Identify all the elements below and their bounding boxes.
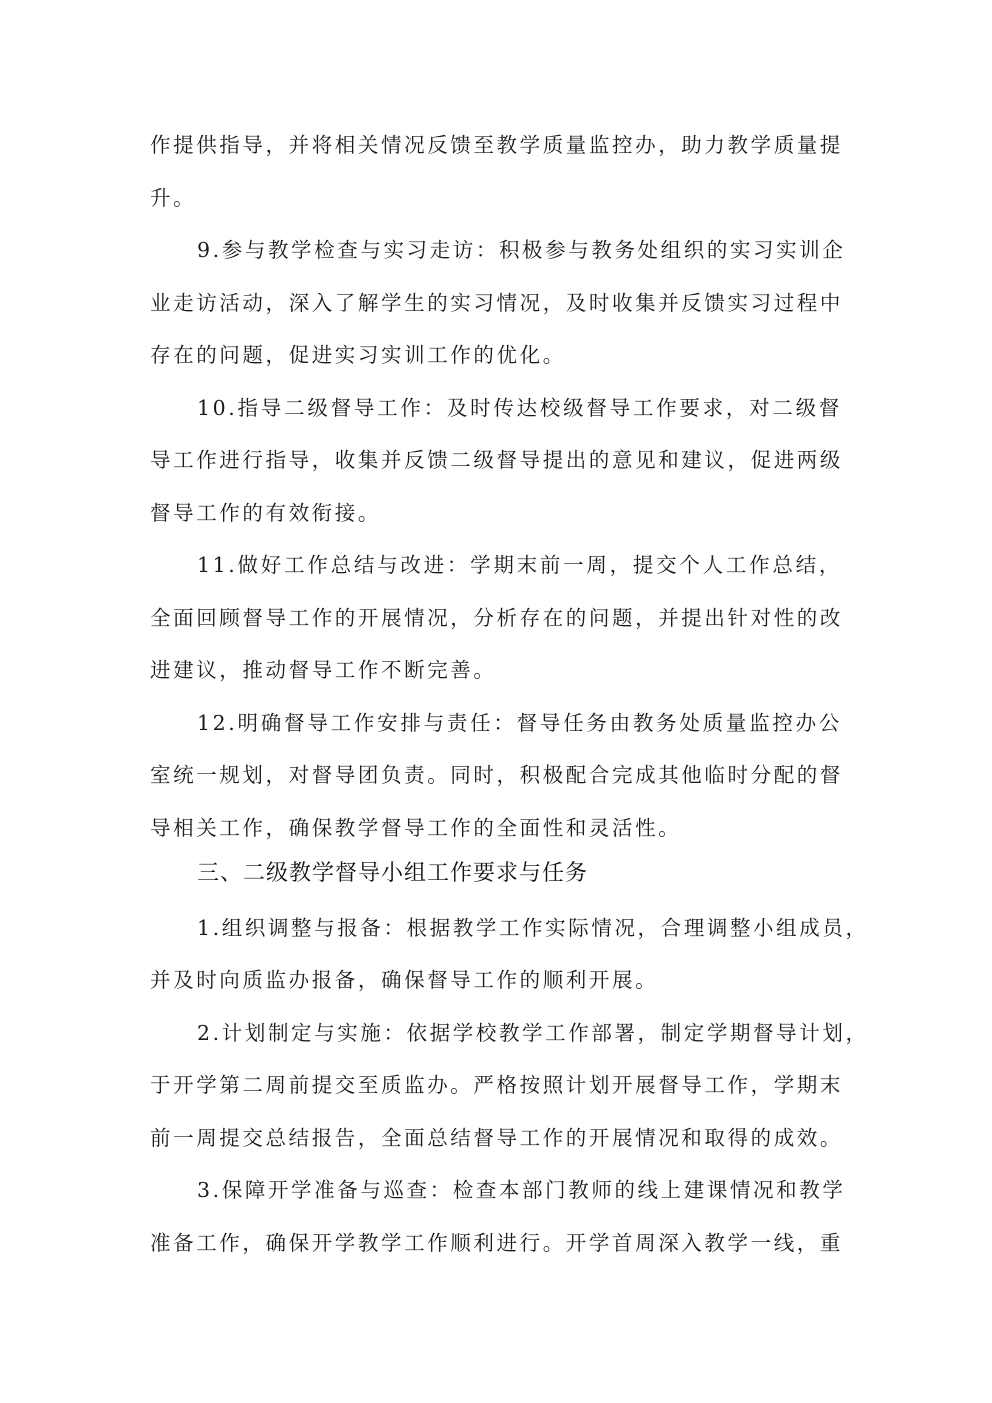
paragraph-line: 于开学第二周前提交至质监办。严格按照计划开展督导工作，学期末: [150, 1070, 842, 1100]
paragraph-line: 全面回顾督导工作的开展情况，分析存在的问题，并提出针对性的改: [150, 603, 842, 633]
section-heading: 三、二级教学督导小组工作要求与任务: [197, 858, 588, 890]
paragraph-line: 导相关工作，确保教学督导工作的全面性和灵活性。: [150, 813, 842, 843]
paragraph-line: 准备工作，确保开学教学工作顺利进行。开学首周深入教学一线，重: [150, 1228, 842, 1258]
paragraph-line: 导工作进行指导，收集并反馈二级督导提出的意见和建议，促进两级: [150, 445, 842, 475]
paragraph-line: 1.组织调整与报备：根据教学工作实际情况，合理调整小组成员，: [197, 913, 842, 943]
paragraph-line: 10.指导二级督导工作：及时传达校级督导工作要求，对二级督: [197, 393, 842, 423]
paragraph-line: 12.明确督导工作安排与责任：督导任务由教务处质量监控办公: [197, 708, 842, 738]
paragraph-line: 2.计划制定与实施：依据学校教学工作部署，制定学期督导计划，: [197, 1018, 842, 1048]
paragraph-line: 存在的问题，促进实习实训工作的优化。: [150, 340, 842, 370]
paragraph-line: 进建议，推动督导工作不断完善。: [150, 655, 842, 685]
paragraph-line: 11.做好工作总结与改进：学期末前一周，提交个人工作总结，: [197, 550, 842, 580]
paragraph-line: 9.参与教学检查与实习走访：积极参与教务处组织的实习实训企: [197, 235, 842, 265]
paragraph-line: 督导工作的有效衔接。: [150, 498, 842, 528]
paragraph-line: 并及时向质监办报备，确保督导工作的顺利开展。: [150, 965, 842, 995]
paragraph-line: 业走访活动，深入了解学生的实习情况，及时收集并反馈实习过程中: [150, 288, 842, 318]
paragraph-line: 作提供指导，并将相关情况反馈至教学质量监控办，助力教学质量提: [150, 130, 842, 160]
paragraph-line: 室统一规划，对督导团负责。同时，积极配合完成其他临时分配的督: [150, 760, 842, 790]
paragraph-line: 升。: [150, 183, 842, 213]
paragraph-line: 前一周提交总结报告，全面总结督导工作的开展情况和取得的成效。: [150, 1123, 842, 1153]
document-page: 作提供指导，并将相关情况反馈至教学质量监控办，助力教学质量提 升。 9.参与教学…: [0, 0, 992, 1403]
paragraph-line: 3.保障开学准备与巡查：检查本部门教师的线上建课情况和教学: [197, 1175, 842, 1205]
